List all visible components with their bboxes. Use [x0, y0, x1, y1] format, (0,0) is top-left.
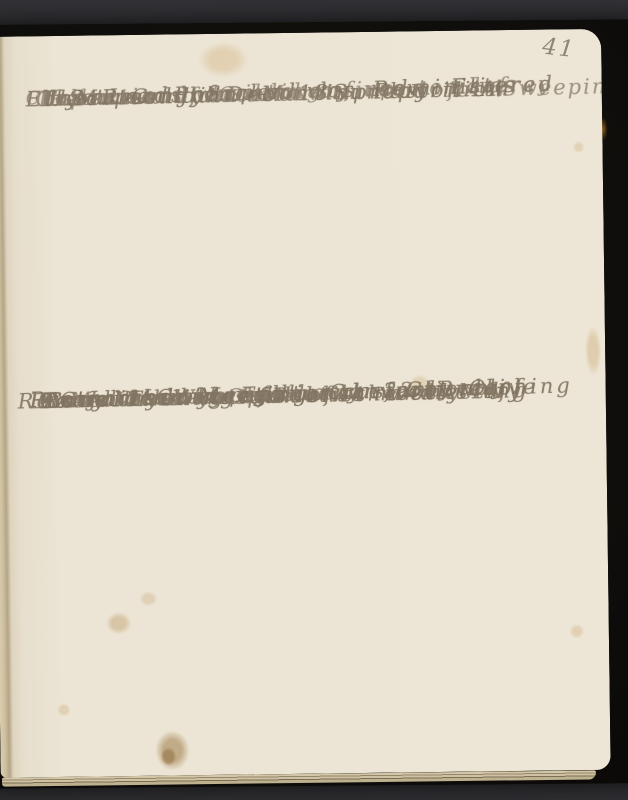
entry-protracted-meeting: Protracted Meeting Commenced February 22…	[30, 379, 604, 387]
clerk-signature: E M Condit Clerk	[29, 380, 299, 419]
page-number: 41	[541, 34, 577, 63]
entry-dec-13: Sauterday Dec 13 preparition Lecture Pre…	[26, 77, 600, 85]
manuscript-page: 41 Sauterday Dec 13 preparition Lecture …	[0, 29, 611, 778]
clerk-title: Clk	[25, 83, 65, 110]
photographed-book-scene: 41 Sauterday Dec 13 preparition Lecture …	[0, 0, 628, 800]
